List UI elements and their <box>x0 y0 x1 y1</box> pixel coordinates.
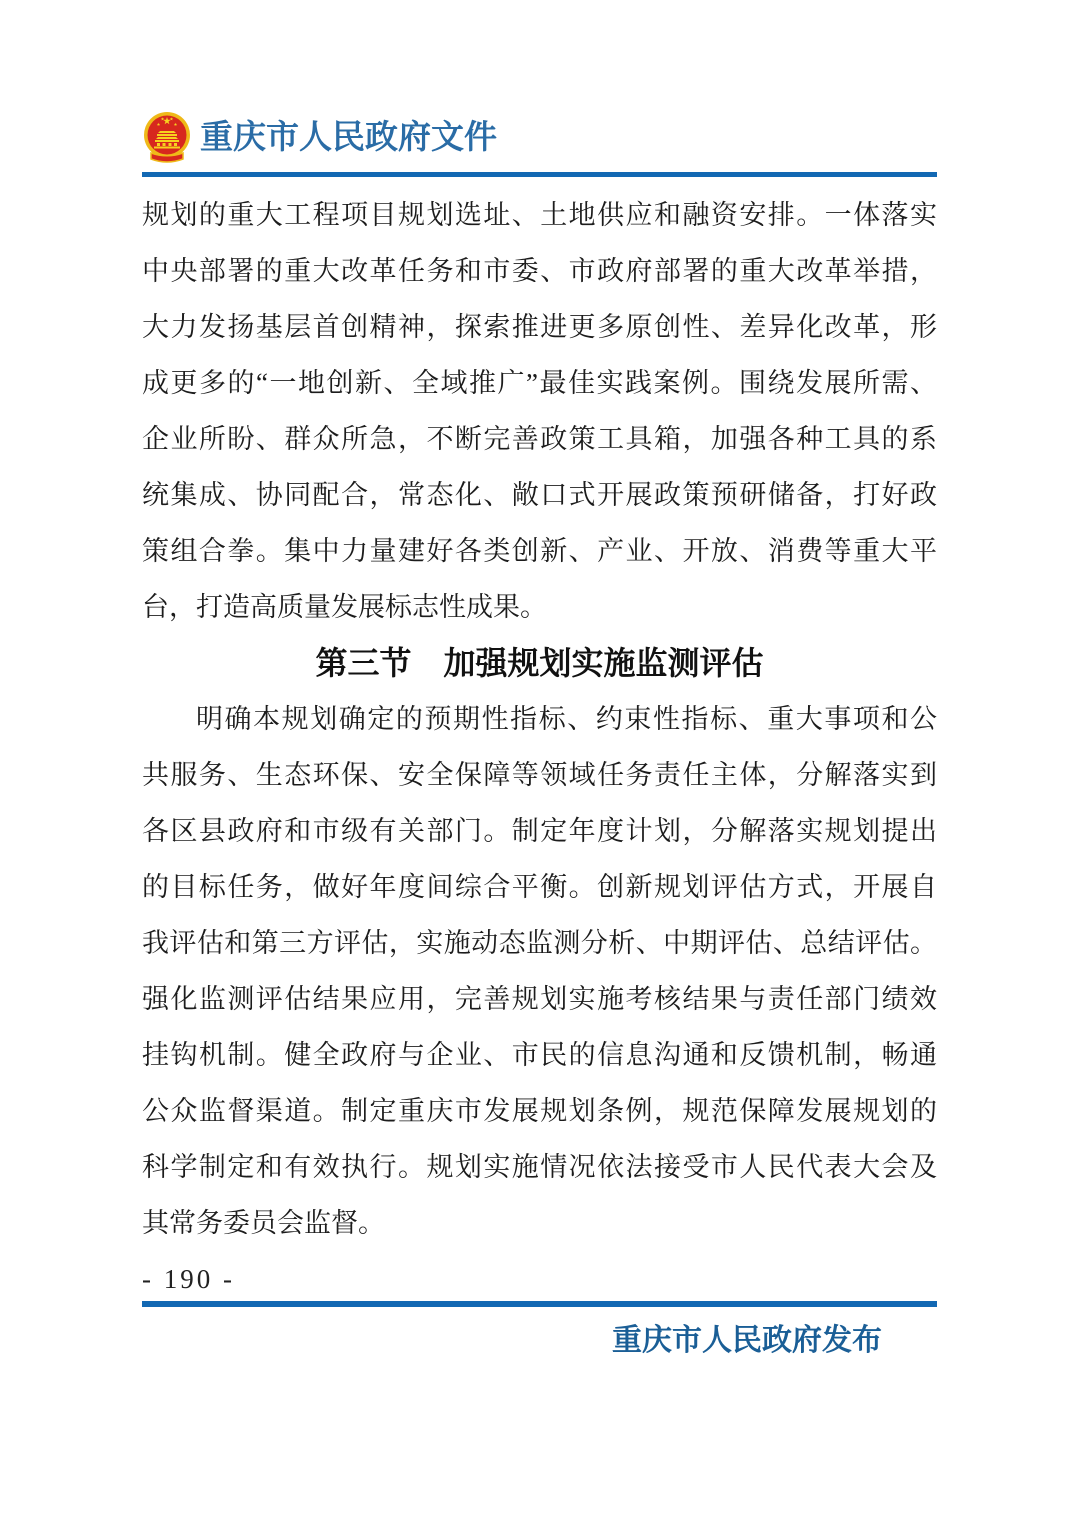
text-line: 大力发扬基层首创精神，探索推进更多原创性、差异化改革，形 <box>142 299 937 355</box>
section-heading: 第三节 加强规划实施监测评估 <box>142 635 937 691</box>
text-line: 成更多的“一地创新、全域推广”最佳实践案例。围绕发展所需、 <box>142 355 937 411</box>
national-emblem-icon <box>142 111 192 165</box>
page-content: 重庆市人民政府文件 规划的重大工程项目规划选址、土地供应和融资安排。一体落实 中… <box>142 0 937 1359</box>
document-body: 规划的重大工程项目规划选址、土地供应和融资安排。一体落实 中央部署的重大改革任务… <box>142 187 937 1251</box>
text-line: 各区县政府和市级有关部门。制定年度计划，分解落实规划提出 <box>142 803 937 859</box>
publisher-label: 重庆市人民政府发布 <box>142 1323 937 1359</box>
header-divider-line <box>142 172 937 177</box>
text-line: 明确本规划确定的预期性指标、约束性指标、重大事项和公 <box>142 691 937 747</box>
footer-divider-line <box>142 1301 937 1307</box>
text-line: 科学制定和有效执行。规划实施情况依法接受市人民代表大会及 <box>142 1139 937 1195</box>
text-line: 中央部署的重大改革任务和市委、市政府部署的重大改革举措， <box>142 243 937 299</box>
text-line: 台，打造高质量发展标志性成果。 <box>142 579 937 635</box>
page-number: - 190 - <box>142 1263 937 1295</box>
document-page: 重庆市人民政府文件 规划的重大工程项目规划选址、土地供应和融资安排。一体落实 中… <box>0 0 1074 1520</box>
text-line: 共服务、生态环保、安全保障等领域任务责任主体，分解落实到 <box>142 747 937 803</box>
text-line: 的目标任务，做好年度间综合平衡。创新规划评估方式，开展自 <box>142 859 937 915</box>
text-line: 其常务委员会监督。 <box>142 1195 937 1251</box>
text-line: 挂钩机制。健全政府与企业、市民的信息沟通和反馈机制，畅通 <box>142 1027 937 1083</box>
text-line: 公众监督渠道。制定重庆市发展规划条例，规范保障发展规划的 <box>142 1083 937 1139</box>
text-line: 我评估和第三方评估，实施动态监测分析、中期评估、总结评估。 <box>142 915 937 971</box>
text-line: 规划的重大工程项目规划选址、土地供应和融资安排。一体落实 <box>142 187 937 243</box>
text-line: 强化监测评估结果应用，完善规划实施考核结果与责任部门绩效 <box>142 971 937 1027</box>
text-line: 企业所盼、群众所急，不断完善政策工具箱，加强各种工具的系 <box>142 411 937 467</box>
document-header: 重庆市人民政府文件 <box>142 0 937 164</box>
text-line: 统集成、协同配合，常态化、敞口式开展政策预研储备，打好政 <box>142 467 937 523</box>
document-header-title: 重庆市人民政府文件 <box>200 113 497 163</box>
text-line: 策组合拳。集中力量建好各类创新、产业、开放、消费等重大平 <box>142 523 937 579</box>
